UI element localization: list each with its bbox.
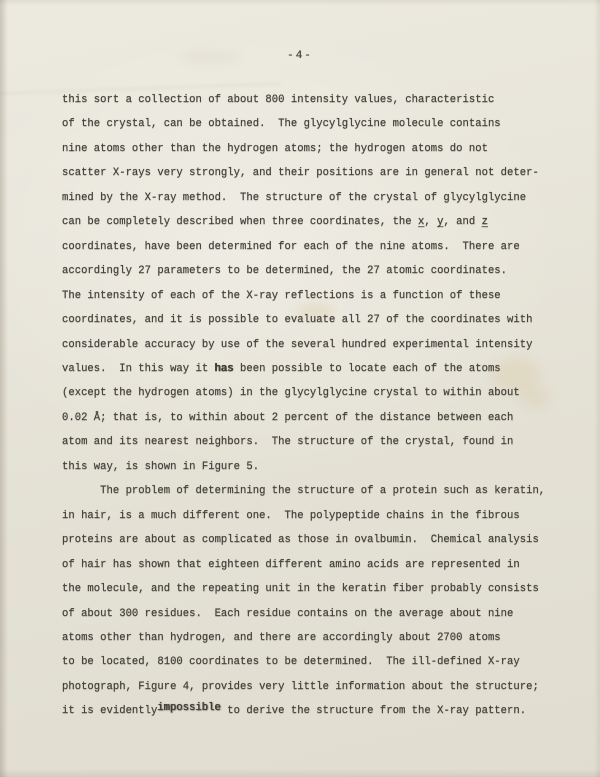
- text-line: atom and its nearest neighbors. The stru…: [62, 430, 562, 454]
- text-line: to be located, 8100 coordinates to be de…: [62, 650, 562, 674]
- text-line: 0.02 Å; that is, to within about 2 perce…: [62, 406, 562, 430]
- text-line: photograph, Figure 4, provides very litt…: [62, 675, 562, 699]
- text-line: accordingly 27 parameters to be determin…: [62, 259, 562, 283]
- text-line: in hair, is a much different one. The po…: [62, 504, 562, 528]
- text-line: it is evidentlyimpossible to derive the …: [62, 699, 562, 723]
- text-line: values. In this way it has been possible…: [62, 357, 562, 381]
- text-line: coordinates, have been determined for ea…: [62, 235, 562, 259]
- text-line: of hair has shown that eighteen differen…: [62, 553, 562, 577]
- text-line: considerable accuracy by use of the seve…: [62, 333, 562, 357]
- text-line: mined by the X-ray method. The structure…: [62, 186, 562, 210]
- text-line: proteins are about as complicated as tho…: [62, 528, 562, 552]
- text-line: The problem of determining the structure…: [62, 479, 562, 503]
- document-page: -4- this sort a collection of about 800 …: [0, 0, 600, 777]
- text-line: coordinates, and it is possible to evalu…: [62, 308, 562, 332]
- text-line: atoms other than hydrogen, and there are…: [62, 626, 562, 650]
- text-line: this sort a collection of about 800 inte…: [62, 88, 562, 112]
- text-line: can be completely described when three c…: [62, 210, 562, 234]
- page-number: -4-: [0, 50, 600, 62]
- text-line: of the crystal, can be obtained. The gly…: [62, 112, 562, 136]
- text-line: nine atoms other than the hydrogen atoms…: [62, 137, 562, 161]
- text-line: scatter X-rays very strongly, and their …: [62, 161, 562, 185]
- text-line: The intensity of each of the X-ray refle…: [62, 284, 562, 308]
- text-line: (except the hydrogen atoms) in the glycy…: [62, 381, 562, 405]
- text-line: of about 300 residues. Each residue cont…: [62, 602, 562, 626]
- text-line: the molecule, and the repeating unit in …: [62, 577, 562, 601]
- page-text: this sort a collection of about 800 inte…: [62, 88, 562, 724]
- text-line: this way, is shown in Figure 5.: [62, 455, 562, 479]
